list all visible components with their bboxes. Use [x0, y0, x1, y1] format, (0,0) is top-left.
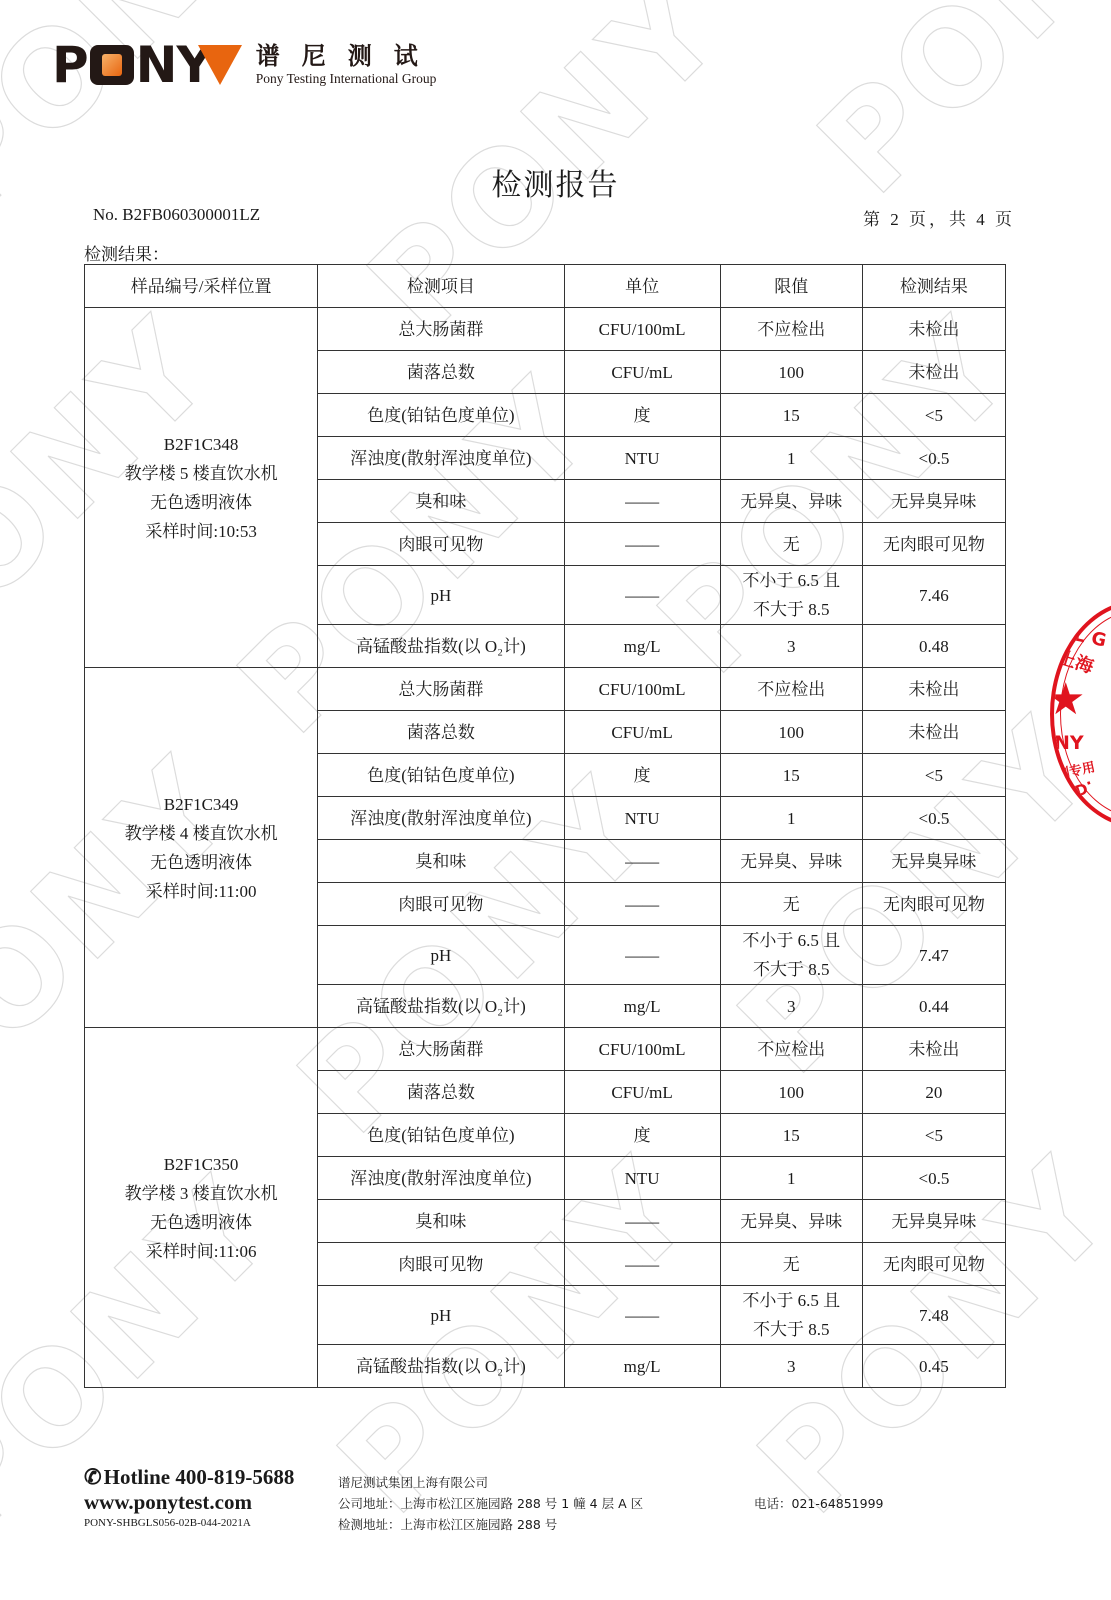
- result-cell: 无肉眼可见物: [862, 1243, 1005, 1286]
- limit-cell: 3: [720, 1345, 862, 1388]
- website-link[interactable]: www.ponytest.com: [84, 1490, 252, 1515]
- page-info: 第 2 页，共 4 页: [863, 205, 1015, 230]
- test-item-cell: 色度(铂钴色度单位): [318, 394, 564, 437]
- test-item-cell: 菌落总数: [318, 711, 564, 754]
- sample-location: 教学楼 3 楼直饮水机: [85, 1179, 317, 1208]
- results-table: 样品编号/采样位置 检测项目 单位 限值 检测结果 B2F1C348教学楼 5 …: [84, 264, 1006, 1388]
- section-label: 检测结果：: [84, 240, 169, 265]
- unit-cell: mg/L: [564, 1345, 720, 1388]
- limit-cell: 100: [720, 711, 862, 754]
- result-cell: 未检出: [862, 668, 1005, 711]
- unit-cell: ——: [564, 926, 720, 985]
- result-cell: 7.47: [862, 926, 1005, 985]
- unit-cell: NTU: [564, 1157, 720, 1200]
- limit-line: 不大于 8.5: [721, 1315, 862, 1344]
- limit-cell: 无: [720, 883, 862, 926]
- logo-wordmark: P NY: [52, 40, 242, 90]
- sample-info-cell: B2F1C348教学楼 5 楼直饮水机无色透明液体采样时间:10:53: [85, 308, 318, 668]
- sample-location: 教学楼 4 楼直饮水机: [85, 819, 317, 848]
- limit-line: 不大于 8.5: [721, 595, 862, 624]
- limit-cell: 不应检出: [720, 308, 862, 351]
- result-cell: <5: [862, 1114, 1005, 1157]
- table-row: B2F1C350教学楼 3 楼直饮水机无色透明液体采样时间:11:06总大肠菌群…: [85, 1028, 1006, 1071]
- test-item-cell: 肉眼可见物: [318, 523, 564, 566]
- limit-cell: 无: [720, 523, 862, 566]
- test-item-cell: 浑浊度(散射浑浊度单位): [318, 1157, 564, 1200]
- result-cell: 无异臭异味: [862, 480, 1005, 523]
- sample-appearance: 无色透明液体: [85, 488, 317, 517]
- unit-cell: ——: [564, 883, 720, 926]
- unit-cell: mg/L: [564, 985, 720, 1028]
- test-item-cell: 臭和味: [318, 840, 564, 883]
- sample-sample-id: B2F1C349: [85, 790, 317, 819]
- unit-cell: ——: [564, 1286, 720, 1345]
- unit-cell: ——: [564, 480, 720, 523]
- header-limit: 限值: [720, 265, 862, 308]
- limit-line: 不小于 6.5 且: [721, 1286, 862, 1315]
- limit-cell: 1: [720, 1157, 862, 1200]
- header-unit: 单位: [564, 265, 720, 308]
- limit-cell: 不小于 6.5 且不大于 8.5: [720, 926, 862, 985]
- limit-cell: 无: [720, 1243, 862, 1286]
- document-code: PONY-SHBGLS056-02B-044-2021A: [84, 1517, 251, 1529]
- sample-sampling-time: 采样时间:11:06: [85, 1237, 317, 1266]
- test-item-cell: pH: [318, 1286, 564, 1345]
- test-item-cell: 高锰酸盐指数(以 O₂计): [318, 1345, 564, 1388]
- limit-cell: 不小于 6.5 且不大于 8.5: [720, 1286, 862, 1345]
- logo-english-name: Pony Testing International Group: [256, 71, 440, 87]
- limit-cell: 无异臭、异味: [720, 480, 862, 523]
- limit-cell: 不小于 6.5 且不大于 8.5: [720, 566, 862, 625]
- limit-line: 不大于 8.5: [721, 955, 862, 984]
- stamp-text: NY: [1054, 732, 1084, 754]
- unit-cell: 度: [564, 394, 720, 437]
- sample-sample-id: B2F1C350: [85, 1150, 317, 1179]
- result-cell: <0.5: [862, 797, 1005, 840]
- unit-cell: CFU/mL: [564, 351, 720, 394]
- test-item-cell: pH: [318, 566, 564, 625]
- table-row: B2F1C349教学楼 4 楼直饮水机无色透明液体采样时间:11:00总大肠菌群…: [85, 668, 1006, 711]
- test-item-cell: 浑浊度(散射浑浊度单位): [318, 437, 564, 480]
- test-item-cell: 浑浊度(散射浑浊度单位): [318, 797, 564, 840]
- sample-sample-id: B2F1C348: [85, 430, 317, 459]
- result-cell: 20: [862, 1071, 1005, 1114]
- test-item-cell: 高锰酸盐指数(以 O₂计): [318, 625, 564, 668]
- test-item-cell: 臭和味: [318, 1200, 564, 1243]
- sample-appearance: 无色透明液体: [85, 848, 317, 877]
- test-item-cell: 色度(铂钴色度单位): [318, 1114, 564, 1157]
- limit-cell: 1: [720, 797, 862, 840]
- test-item-cell: 肉眼可见物: [318, 1243, 564, 1286]
- unit-cell: CFU/100mL: [564, 308, 720, 351]
- limit-cell: 15: [720, 1114, 862, 1157]
- result-cell: <0.5: [862, 1157, 1005, 1200]
- unit-cell: NTU: [564, 797, 720, 840]
- sample-sampling-time: 采样时间:11:00: [85, 877, 317, 906]
- report-title: 检测报告: [0, 160, 1111, 204]
- logo-o-icon: [90, 45, 134, 85]
- hotline-text: Hotline 400-819-5688: [104, 1465, 295, 1489]
- test-item-cell: 菌落总数: [318, 351, 564, 394]
- test-item-cell: 总大肠菌群: [318, 308, 564, 351]
- company-address: 公司地址：上海市松江区施园路 288 号 1 幢 4 层 A 区: [338, 1494, 643, 1512]
- limit-cell: 100: [720, 1071, 862, 1114]
- unit-cell: NTU: [564, 437, 720, 480]
- phone-number: 电话：021-64851999: [754, 1494, 884, 1512]
- result-cell: 未检出: [862, 308, 1005, 351]
- limit-cell: 3: [720, 625, 862, 668]
- unit-cell: ——: [564, 840, 720, 883]
- limit-cell: 15: [720, 754, 862, 797]
- limit-cell: 15: [720, 394, 862, 437]
- logo-triangle-icon: [198, 45, 242, 85]
- pony-logo: P NY 谱尼测试 Pony Testing International Gro…: [52, 40, 440, 90]
- header-sample: 样品编号/采样位置: [85, 265, 318, 308]
- result-cell: 7.46: [862, 566, 1005, 625]
- unit-cell: ——: [564, 523, 720, 566]
- result-cell: 无异臭异味: [862, 840, 1005, 883]
- table-header-row: 样品编号/采样位置 检测项目 单位 限值 检测结果: [85, 265, 1006, 308]
- test-address: 检测地址：上海市松江区施园路 288 号: [338, 1515, 557, 1533]
- sample-sampling-time: 采样时间:10:53: [85, 517, 317, 546]
- limit-line: 不小于 6.5 且: [721, 926, 862, 955]
- sample-info-cell: B2F1C350教学楼 3 楼直饮水机无色透明液体采样时间:11:06: [85, 1028, 318, 1388]
- test-item-cell: 菌落总数: [318, 1071, 564, 1114]
- result-cell: <5: [862, 394, 1005, 437]
- unit-cell: ——: [564, 1243, 720, 1286]
- sample-appearance: 无色透明液体: [85, 1208, 317, 1237]
- header-item: 检测项目: [318, 265, 564, 308]
- result-cell: 未检出: [862, 711, 1005, 754]
- result-cell: 0.44: [862, 985, 1005, 1028]
- test-item-cell: 高锰酸盐指数(以 O₂计): [318, 985, 564, 1028]
- limit-cell: 100: [720, 351, 862, 394]
- result-cell: 未检出: [862, 351, 1005, 394]
- limit-cell: 无异臭、异味: [720, 1200, 862, 1243]
- logo-chinese-name: 谱尼测试: [256, 43, 440, 69]
- star-icon: ★: [1050, 674, 1085, 725]
- result-cell: <5: [862, 754, 1005, 797]
- result-cell: 0.45: [862, 1345, 1005, 1388]
- limit-cell: 无异臭、异味: [720, 840, 862, 883]
- unit-cell: 度: [564, 754, 720, 797]
- limit-cell: 3: [720, 985, 862, 1028]
- sample-location: 教学楼 5 楼直饮水机: [85, 459, 317, 488]
- company-name: 谱尼测试集团上海有限公司: [338, 1473, 488, 1491]
- test-item-cell: 色度(铂钴色度单位): [318, 754, 564, 797]
- sample-info-cell: B2F1C349教学楼 4 楼直饮水机无色透明液体采样时间:11:00: [85, 668, 318, 1028]
- test-item-cell: 总大肠菌群: [318, 1028, 564, 1071]
- unit-cell: CFU/mL: [564, 1071, 720, 1114]
- unit-cell: CFU/100mL: [564, 668, 720, 711]
- result-cell: 无肉眼可见物: [862, 883, 1005, 926]
- official-seal-stamp: AL G 上海 ★ NY 测专用 LTD.: [1050, 600, 1111, 828]
- table-row: B2F1C348教学楼 5 楼直饮水机无色透明液体采样时间:10:53总大肠菌群…: [85, 308, 1006, 351]
- limit-line: 不小于 6.5 且: [721, 566, 862, 595]
- result-cell: 无肉眼可见物: [862, 523, 1005, 566]
- unit-cell: 度: [564, 1114, 720, 1157]
- limit-cell: 1: [720, 437, 862, 480]
- logo-letter-p: P: [52, 40, 88, 90]
- test-item-cell: pH: [318, 926, 564, 985]
- phone-icon: ✆: [84, 1465, 102, 1490]
- unit-cell: CFU/100mL: [564, 1028, 720, 1071]
- header-result: 检测结果: [862, 265, 1005, 308]
- result-cell: 无异臭异味: [862, 1200, 1005, 1243]
- unit-cell: mg/L: [564, 625, 720, 668]
- table-body: B2F1C348教学楼 5 楼直饮水机无色透明液体采样时间:10:53总大肠菌群…: [85, 308, 1006, 1388]
- result-cell: <0.5: [862, 437, 1005, 480]
- result-cell: 0.48: [862, 625, 1005, 668]
- unit-cell: ——: [564, 1200, 720, 1243]
- unit-cell: ——: [564, 566, 720, 625]
- report-number: No. B2FB060300001LZ: [93, 205, 260, 225]
- test-item-cell: 臭和味: [318, 480, 564, 523]
- limit-cell: 不应检出: [720, 1028, 862, 1071]
- test-item-cell: 总大肠菌群: [318, 668, 564, 711]
- unit-cell: CFU/mL: [564, 711, 720, 754]
- logo-text: 谱尼测试 Pony Testing International Group: [256, 43, 440, 87]
- result-cell: 7.48: [862, 1286, 1005, 1345]
- limit-cell: 不应检出: [720, 668, 862, 711]
- hotline: ✆Hotline 400-819-5688: [84, 1465, 294, 1490]
- result-cell: 未检出: [862, 1028, 1005, 1071]
- test-item-cell: 肉眼可见物: [318, 883, 564, 926]
